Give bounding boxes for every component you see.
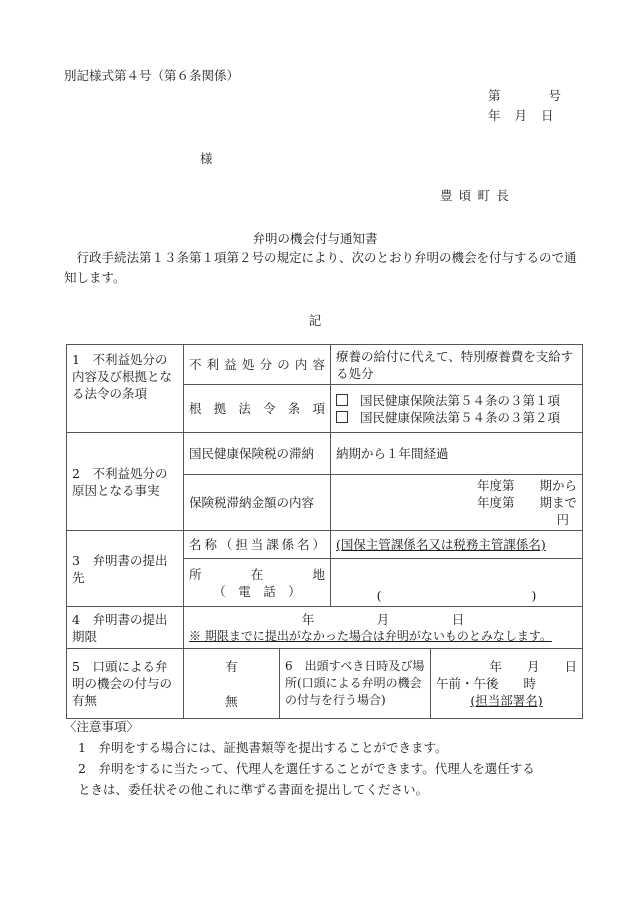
appearance-time: 午前・午後 時	[436, 675, 577, 692]
row2-heading: 2 不利益処分の原因となる事実	[67, 433, 184, 531]
notice-table: 1 不利益処分の内容及び根拠となる法令の条項 不利益処分の内容 療養の給付に代え…	[66, 344, 583, 719]
row2-sub1-value: 納期から１年間経過	[331, 433, 583, 475]
number-prefix: 第	[488, 86, 501, 104]
item6-value: 年 月 日 午前・午後 時 (担当部署名)	[431, 649, 583, 719]
item6-heading: 6 出頭すべき日時及び場所(口頭による弁明の機会の付与を行う場合)	[280, 649, 431, 719]
row1-sub1-label: 不利益処分の内容	[184, 345, 331, 385]
row2-sub2-label: 保険税滞納金額の内容	[184, 475, 331, 531]
row3-sub1-value: (国保主管課係名又は税務主管課係名)	[331, 531, 583, 559]
row2-sub1-label: 国民健康保険税の滞納	[184, 433, 331, 475]
note-item-1: 1 弁明をする場合には、証拠書類等を提出することができます。	[64, 737, 594, 758]
legal-basis-option-1[interactable]: 国民健康保険法第５４条の３第１項	[336, 392, 577, 409]
oral-opportunity-options: 有 無	[184, 649, 280, 719]
row4-heading: 4 弁明書の提出期限	[67, 607, 184, 649]
note-item-2-continued: ときは、委任状その他これに準ずる書面を提出してください。	[64, 779, 594, 800]
row3-heading: 3 弁明書の提出先	[67, 531, 184, 607]
option-label: 国民健康保険法第５４条の３第１項	[360, 393, 560, 408]
document-number-line: 第号	[488, 86, 561, 104]
row4-value: 年 月 日 ※ 期限までに提出がなかった場合は弁明がないものとみなします。	[184, 607, 583, 649]
checkbox-icon[interactable]	[336, 394, 348, 406]
row1-sub1-value: 療養の給付に代えて、特別療養費を支給する処分	[331, 345, 583, 385]
option-yes[interactable]: 有	[189, 658, 274, 675]
year-label: 年	[488, 106, 501, 124]
row5-heading: 5 口頭による弁明の機会の付与の有無	[67, 649, 184, 719]
note-item-2: 2 弁明をするに当たって、代理人を選任することができます。代理人を選任する	[64, 758, 594, 779]
row-3a: 3 弁明書の提出先 名称（担当課係名） (国保主管課係名又は税務主管課係名)	[67, 531, 583, 559]
addressee-suffix: 様	[200, 149, 213, 167]
row1-sub2-label: 根拠法令条項	[184, 385, 331, 433]
row3-sub2-value: ( )	[331, 559, 583, 607]
appearance-date: 年 月 日	[436, 658, 577, 675]
notes-title: 〈注意事項〉	[64, 716, 594, 737]
legal-basis-option-2[interactable]: 国民健康保険法第５４条の３第２項	[336, 409, 577, 426]
row3-sub1-label: 名称（担当課係名）	[184, 531, 331, 559]
row1-heading: 1 不利益処分の内容及び根拠となる法令の条項	[67, 345, 184, 433]
intro-paragraph: 行政手続法第１３条第１項第２号の規定により、次のとおり弁明の機会を付与するので通…	[64, 248, 584, 288]
appearance-place: (担当部署名)	[436, 692, 577, 709]
document-title: 弁明の機会付与通知書	[0, 229, 630, 247]
row-4: 4 弁明書の提出期限 年 月 日 ※ 期限までに提出がなかった場合は弁明がないも…	[67, 607, 583, 649]
row2-sub2-value: 年度第 期から 年度第 期まで 円	[331, 475, 583, 531]
row-1a: 1 不利益処分の内容及び根拠となる法令の条項 不利益処分の内容 療養の給付に代え…	[67, 345, 583, 385]
notes-section: 〈注意事項〉 1 弁明をする場合には、証拠書類等を提出することができます。 2 …	[64, 716, 594, 800]
month-label: 月	[515, 106, 528, 124]
ki-heading: 記	[0, 311, 630, 329]
deadline-date: 年 月 日	[189, 611, 577, 628]
deadline-note: ※ 期限までに提出がなかった場合は弁明がないものとみなします。	[189, 628, 577, 645]
row3-sub2-label: 所 在 地 （ 電 話 ）	[184, 559, 331, 607]
sender-name: 豊頃町長	[440, 186, 515, 204]
option-no[interactable]: 無	[189, 693, 274, 710]
row1-sub2-options: 国民健康保険法第５４条の３第１項 国民健康保険法第５４条の３第２項	[331, 385, 583, 433]
amount-yen: 円	[336, 511, 577, 528]
checkbox-icon[interactable]	[336, 411, 348, 423]
address-label: 所 在 地	[189, 566, 325, 583]
period-to: 年度第 期まで	[336, 494, 577, 511]
issue-date-line: 年月日	[488, 106, 554, 124]
number-suffix: 号	[549, 86, 562, 104]
period-from: 年度第 期から	[336, 477, 577, 494]
option-label: 国民健康保険法第５４条の３第２項	[360, 410, 560, 425]
form-number: 別記様式第４号（第６条関係）	[64, 66, 239, 84]
row-5: 5 口頭による弁明の機会の付与の有無 有 無 6 出頭すべき日時及び場所(口頭に…	[67, 649, 583, 719]
phone-label: （ 電 話 ）	[189, 583, 325, 600]
row-2a: 2 不利益処分の原因となる事実 国民健康保険税の滞納 納期から１年間経過	[67, 433, 583, 475]
day-label: 日	[541, 106, 554, 124]
